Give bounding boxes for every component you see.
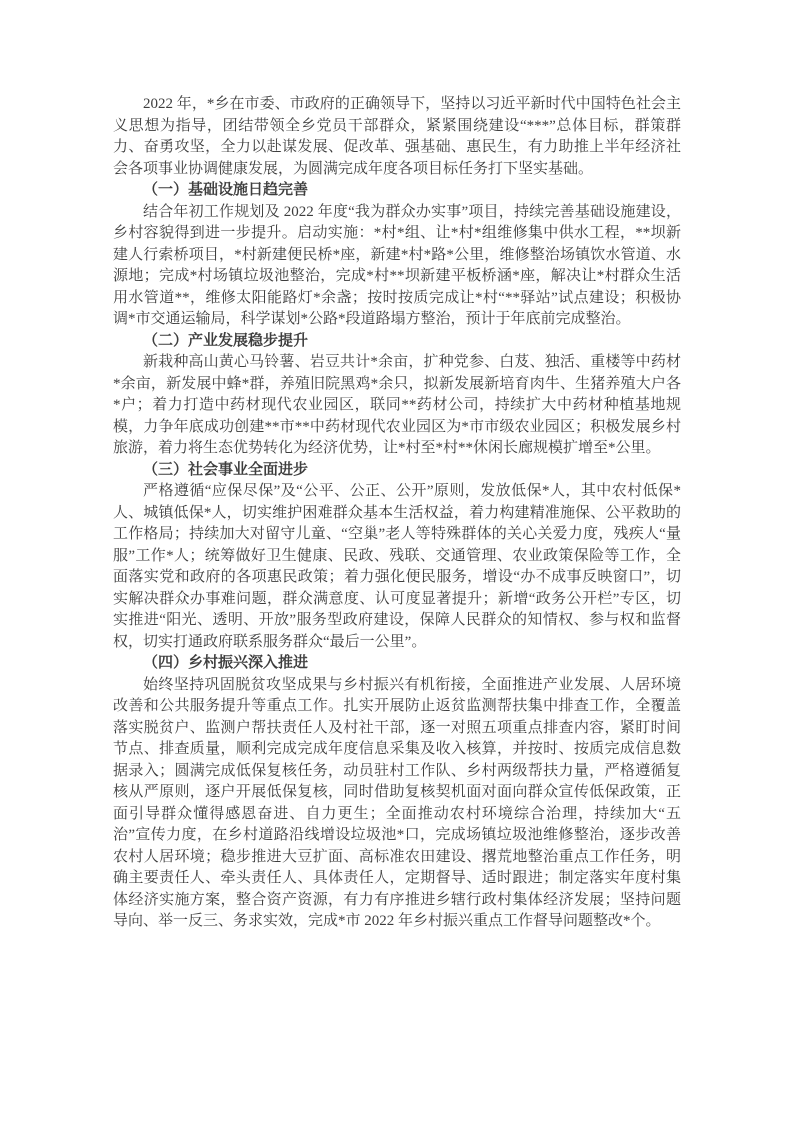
section-1-heading: （一）基础设施日趋完善 [113, 180, 681, 202]
document-page: 2022 年，*乡在市委、市政府的正确领导下，坚持以习近平新时代中国特色社会主义… [0, 0, 793, 1122]
section-2-paragraph: 新栽种高山黄心马铃薯、岩豆共计*余亩，扩种党参、白芨、独活、重楼等中药材*余亩，… [113, 352, 681, 460]
section-3-paragraph: 严格遵循“应保尽保”及“公平、公正、公开”原则，发放低保*人，其中农村低保*人、… [113, 481, 681, 653]
document-text-block: 2022 年，*乡在市委、市政府的正确领导下，坚持以习近平新时代中国特色社会主义… [113, 94, 681, 933]
section-4-heading: （四）乡村振兴深入推进 [113, 653, 681, 675]
section-4-paragraph: 始终坚持巩固脱贫攻坚成果与乡村振兴有机衔接，全面推进产业发展、人居环境改善和公共… [113, 675, 681, 933]
intro-paragraph: 2022 年，*乡在市委、市政府的正确领导下，坚持以习近平新时代中国特色社会主义… [113, 94, 681, 180]
section-2-heading: （二）产业发展稳步提升 [113, 331, 681, 353]
section-1-paragraph: 结合年初工作规划及 2022 年度“我为群众办实事”项目，持续完善基础设施建设，… [113, 202, 681, 331]
section-3-heading: （三）社会事业全面进步 [113, 460, 681, 482]
